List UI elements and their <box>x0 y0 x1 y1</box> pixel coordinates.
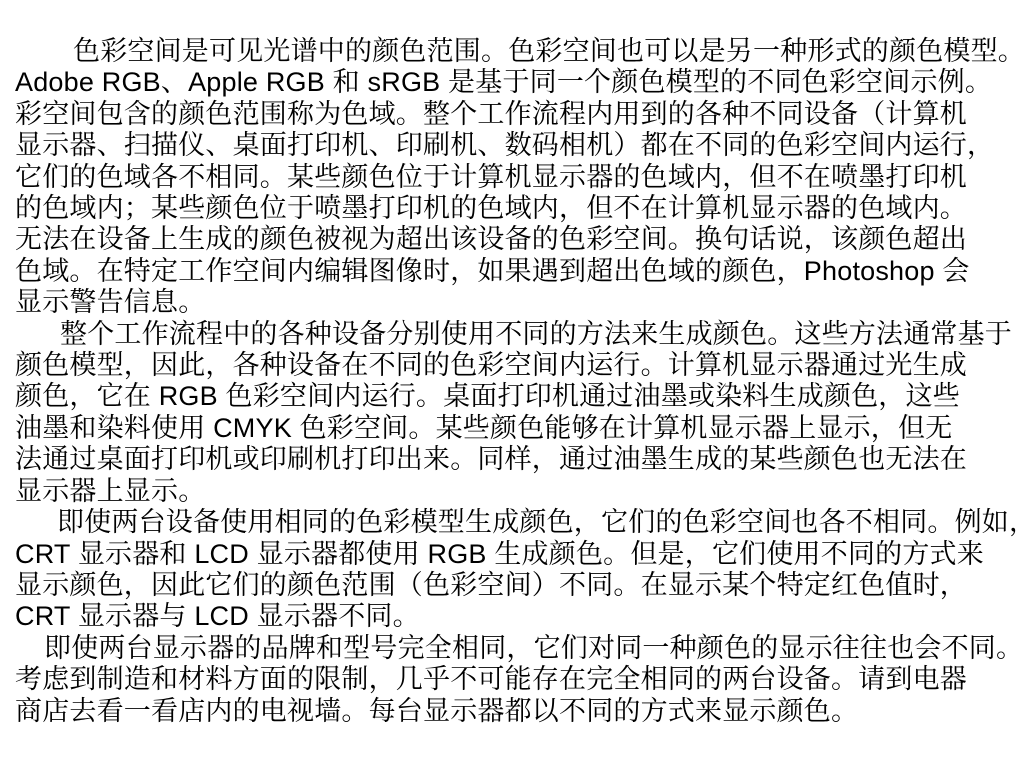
text-line: 法通过桌面打印机或印刷机打印出来。同样，通过油墨生成的某些颜色也无法在 <box>15 444 1015 475</box>
text-line: 显示器、扫描仪、桌面打印机、印刷机、数码相机）都在不同的色彩空间内运行， <box>15 130 1015 161</box>
paragraph-crt-lcd-difference: 即使两台设备使用相同的色彩模型生成颜色，它们的色彩空间也各不相同。例如， CRT… <box>15 507 1015 633</box>
paragraph-same-model-monitors: 即使两台显示器的品牌和型号完全相同，它们对同一种颜色的显示往往也会不同。 考虑到… <box>15 633 1015 727</box>
text-line: Adobe RGB、Apple RGB 和 sRGB 是基于同一个颜色模型的不同… <box>15 67 1015 98</box>
text-line: 颜色，它在 RGB 色彩空间内运行。桌面打印机通过油墨或染料生成颜色，这些 <box>15 381 1015 412</box>
text-line: 颜色模型，因此，各种设备在不同的色彩空间内运行。计算机显示器通过光生成 <box>15 350 1015 381</box>
text-line: 的色域内；某些颜色位于喷墨打印机的色域内，但不在计算机显示器的色域内。 <box>15 193 1015 224</box>
text-line: 考虑到制造和材料方面的限制，几乎不可能存在完全相同的两台设备。请到电器 <box>15 664 1015 695</box>
text-line: 即使两台显示器的品牌和型号完全相同，它们对同一种颜色的显示往往也会不同。 <box>15 633 1015 664</box>
paragraph-device-color-methods: 整个工作流程中的各种设备分别使用不同的方法来生成颜色。这些方法通常基于 颜色模型… <box>15 319 1015 507</box>
text-line: 色域。在特定工作空间内编辑图像时，如果遇到超出色域的颜色，Photoshop 会 <box>15 256 1015 287</box>
text-line: 油墨和染料使用 CMYK 色彩空间。某些颜色能够在计算机显示器上显示，但无 <box>15 413 1015 444</box>
text-line: 商店去看一看店内的电视墙。每台显示器都以不同的方式来显示颜色。 <box>15 696 1015 727</box>
text-line: 整个工作流程中的各种设备分别使用不同的方法来生成颜色。这些方法通常基于 <box>15 319 1015 350</box>
document-page: 色彩空间是可见光谱中的颜色范围。色彩空间也可以是另一种形式的颜色模型。 Adob… <box>15 36 1015 727</box>
text-line: 无法在设备上生成的颜色被视为超出该设备的色彩空间。换句话说，该颜色超出 <box>15 224 1015 255</box>
text-line: CRT 显示器和 LCD 显示器都使用 RGB 生成颜色。但是，它们使用不同的方… <box>15 539 1015 570</box>
text-line: 显示颜色，因此它们的颜色范围（色彩空间）不同。在显示某个特定红色值时， <box>15 570 1015 601</box>
text-line: CRT 显示器与 LCD 显示器不同。 <box>15 601 1015 632</box>
text-line: 即使两台设备使用相同的色彩模型生成颜色，它们的色彩空间也各不相同。例如， <box>15 507 1015 538</box>
text-line: 它们的色域各不相同。某些颜色位于计算机显示器的色域内，但不在喷墨打印机 <box>15 162 1015 193</box>
text-line: 显示器上显示。 <box>15 476 1015 507</box>
paragraph-color-space-intro: 色彩空间是可见光谱中的颜色范围。色彩空间也可以是另一种形式的颜色模型。 Adob… <box>15 36 1015 319</box>
text-line: 显示警告信息。 <box>15 287 1015 318</box>
text-line: 色彩空间是可见光谱中的颜色范围。色彩空间也可以是另一种形式的颜色模型。 <box>15 36 1015 67</box>
text-line: 彩空间包含的颜色范围称为色域。整个工作流程内用到的各种不同设备（计算机 <box>15 99 1015 130</box>
